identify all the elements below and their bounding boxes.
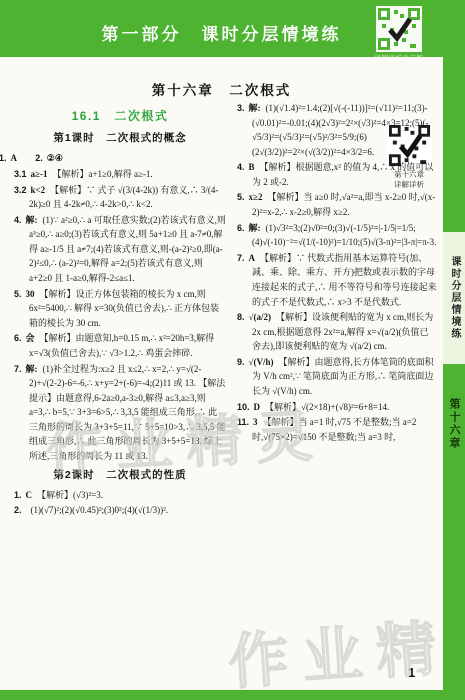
left-column: 16.1 二次根式 第1课时 二次根式的概念 1.A 2.②④ 3.1a≥-1【… [14,105,226,519]
qr-code-icon [376,6,422,52]
answer-item: 6.解:(1)√3²=3;(2)√0²=0;(3)√(-1/5)²=|-1/5|… [237,221,437,250]
section-title: 16.1 二次根式 [14,107,226,126]
answer-row: 1.A 2.②④ [14,151,226,166]
answer-item: 4.B【解析】根据题意,x² 的值为 4,∴ x 的值可以为 2 或-2. [237,160,437,189]
answer-item: 2.②④ [50,151,68,166]
answer-item: 5.30【解析】设正方体包装箱的棱长为 x cm,则 6x²=5400,∴ 解得… [14,287,226,331]
answer-item: 10.D【解析】√(2×18)+(√8)²=6+8=14. [237,400,437,415]
answer-item: 4.解:(1)∵ a²≥0,∴ a 可取任意实数;(2)若该式有意义,则 a³≥… [14,213,226,286]
answer-item: 11.3【解析】当 a=1 时,√75 不是整数;当 a=2 时,√(75×2)… [237,415,437,444]
answer-item: 6.会【解析】由题意知,h=0.15 m,∴ x²=20h=3,解得 x=√3(… [14,331,226,360]
part-banner-title: 第一部分 课时分层情境练 [102,20,342,45]
answer-item: 7.解:(1)补全过程为:x≥2 且 x≤2,∴ x=2,∴ y=√(2-2)+… [14,362,226,464]
lesson2-title: 第2课时 二次根式的性质 [14,467,226,484]
watermark: 作业精灵 [225,595,465,700]
answer-page: 第十六章 二次根式 第十六章 详解详析 16.1 二次根式 第1课时 二 [0,57,443,690]
side-tab-course: 课时分层情境练 [443,232,465,364]
answer-item: 9.√(V/h)【解析】由题意得,长方体笔筒的底面积为 V/h cm²,∵ 笔筒… [237,355,437,399]
side-tab-chapter: 第十六章 [443,378,465,470]
answer-item: 3.2k<2【解析】∵ 式子 √(3/(4-2k)) 有意义,∴ 3/(4-2k… [14,183,226,212]
answer-item: 2.(1)(√7)²;(2)(√0.45)²;(3)0²;(4)(√(1/3))… [14,503,226,518]
answer-item: 1.C【解析】(√3)²=3. [14,488,226,503]
book-page-photo: { "banner": { "title": "第一部分 课时分层情境练" },… [0,0,465,700]
answer-item: 3.解:(1)(√1.4)²=1.4;(2)[√(-(-11))]²=(√11)… [237,101,437,159]
answer-item: 1.A [14,151,22,166]
answer-item: 8.√(a/2)【解析】设该便利贴的宽为 x cm,则长为 2x cm,根据题意… [237,310,437,354]
right-column: 3.解:(1)(√1.4)²=1.4;(2)[√(-(-11))]²=(√11)… [237,101,437,445]
answer-item: 7.A【解析】∵ 代数式指用基本运算符号(加、减、乘、除、乘方、开方)把数或表示… [237,251,437,309]
qr-ebook-block: 详解详析电子版 [373,6,425,62]
page-number: 1 [408,665,415,680]
chapter-title: 第十六章 二次根式 [0,79,443,99]
answer-item: 3.1a≥-1【解析】a+1≥0,解得 a≥-1. [14,167,226,182]
lesson1-title: 第1课时 二次根式的概念 [14,130,226,147]
answer-item: 5.x≥2【解析】当 a≥0 时,√a²=a,即当 x-2≥0 时,√(x-2)… [237,190,437,219]
